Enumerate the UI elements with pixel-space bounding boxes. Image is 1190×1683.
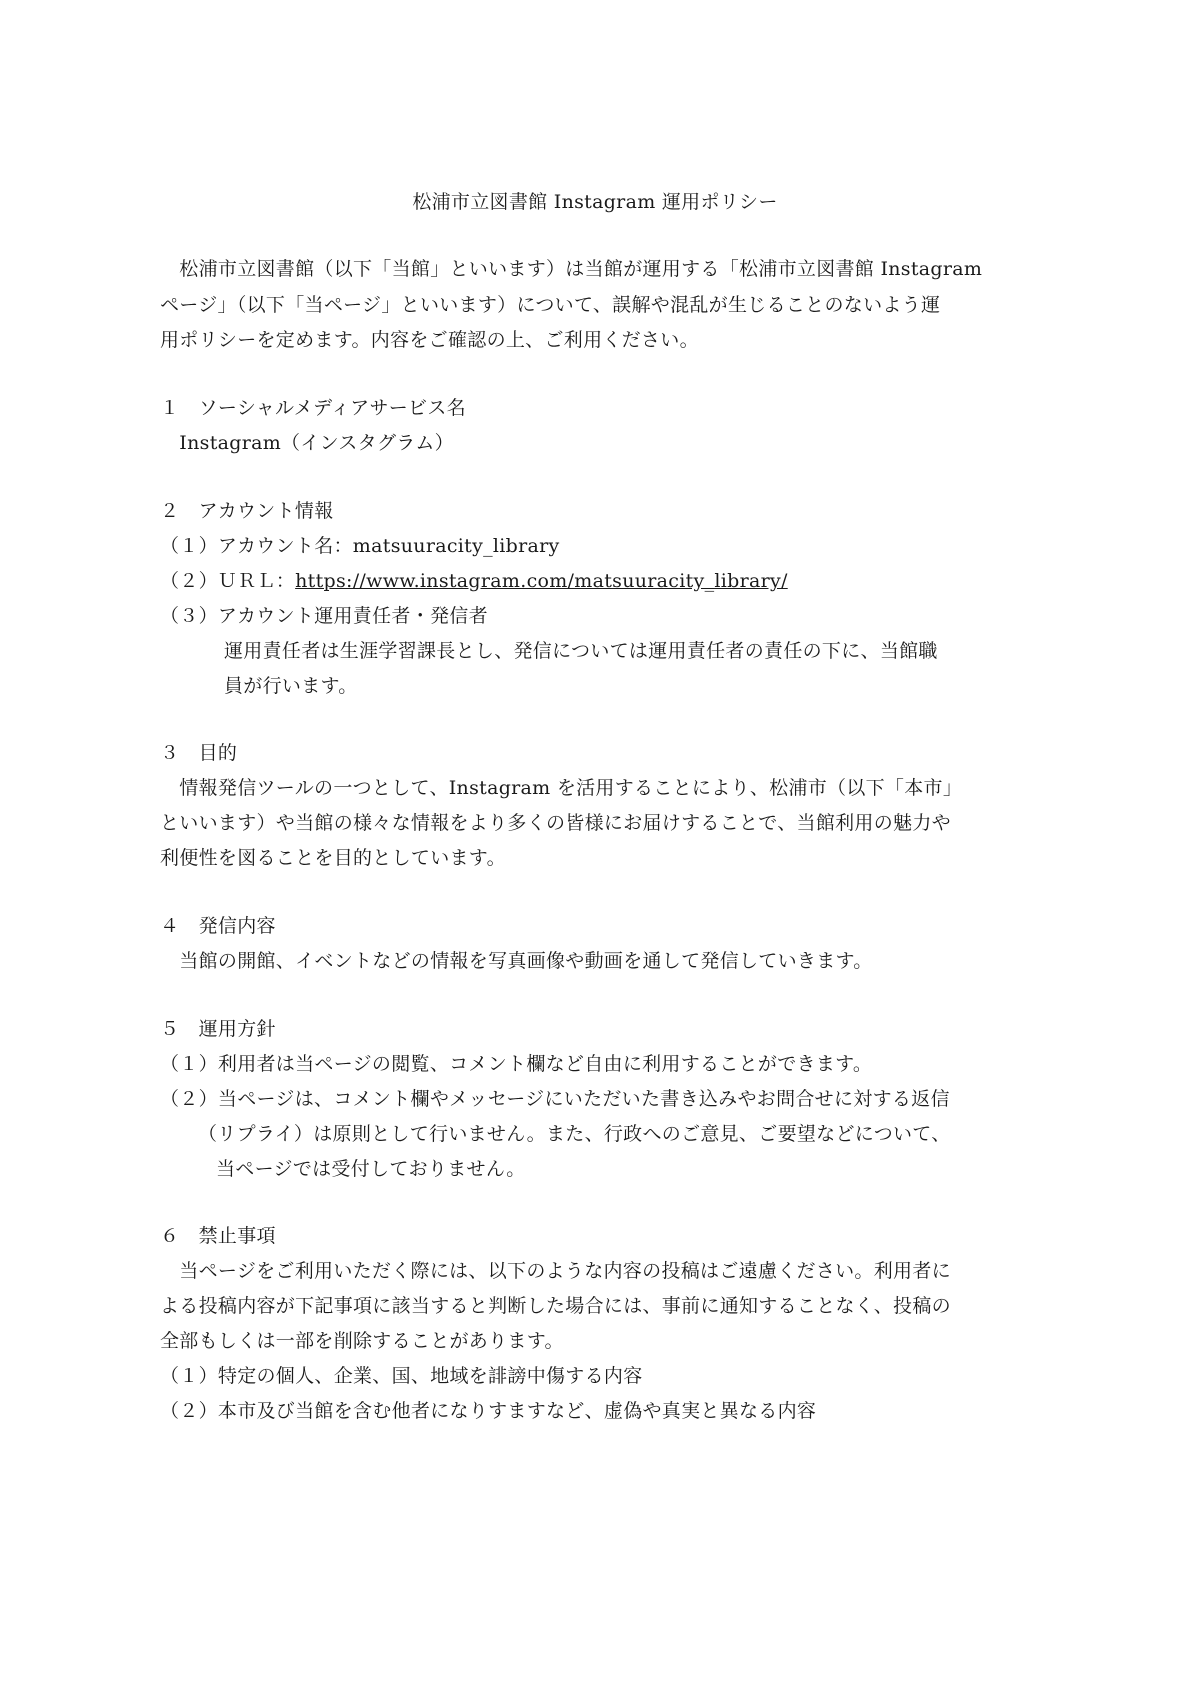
section-body-line: （２）当ページは、コメント欄やメッセージにいただいた書き込みやお問合せに対する返…: [160, 1087, 950, 1111]
account-name-line: （１）アカウント名：matsuuracity_library: [160, 534, 560, 558]
section-body-line: （２）本市及び当館を含む他者になりすますなど、虚偽や真実と異なる内容: [160, 1399, 816, 1423]
intro-line: 松浦市立図書館（以下「当館」といいます）は当館が運用する「松浦市立図書館 Ins…: [160, 257, 982, 281]
responsible-body-line: 運用責任者は生涯学習課長とし、発信については運用責任者の責任の下に、当館職: [224, 639, 938, 663]
section-body-line: 全部もしくは一部を削除することがあります。: [160, 1329, 564, 1353]
url-line: （２）ＵＲＬ：https://www.instagram.com/matsuur…: [160, 569, 788, 593]
section-body-line: 情報発信ツールの一つとして、Instagram を活用することにより、松浦市（以…: [160, 776, 962, 800]
section-body-line: Instagram（インスタグラム）: [160, 431, 454, 455]
section-heading: ５ 運用方針: [160, 1017, 276, 1041]
section-body-line: 当ページでは受付しておりません。: [216, 1157, 526, 1181]
url-label: （２）ＵＲＬ：: [160, 570, 295, 592]
section-body-line: よる投稿内容が下記事項に該当すると判断した場合には、事前に通知することなく、投稿…: [160, 1294, 951, 1318]
section-heading: ４ 発信内容: [160, 914, 276, 938]
section-heading: １ ソーシャルメディアサービス名: [160, 396, 466, 420]
section-body-line: といいます）や当館の様々な情報をより多くの皆様にお届けすることで、当館利用の魅力…: [160, 811, 951, 835]
section-heading: ６ 禁止事項: [160, 1224, 276, 1248]
intro-line: 用ポリシーを定めます。内容をご確認の上、ご利用ください。: [160, 328, 699, 352]
section-heading: ３ 目的: [160, 741, 237, 765]
intro-line: ページ」（以下「当ページ」といいます）について、誤解や混乱が生じることのないよう…: [160, 293, 940, 317]
section-body-line: 当館の開館、イベントなどの情報を写真画像や動画を通して発信していきます。: [160, 949, 873, 973]
section-heading: ２ アカウント情報: [160, 499, 334, 523]
section-body-line: （１）特定の個人、企業、国、地域を誹謗中傷する内容: [160, 1364, 643, 1388]
section-body-line: 当ページをご利用いただく際には、以下のような内容の投稿はご遠慮ください。利用者に: [160, 1259, 951, 1283]
instagram-url-link[interactable]: https://www.instagram.com/matsuuracity_l…: [295, 570, 788, 592]
section-body-line: （リプライ）は原則として行いません。また、行政へのご意見、ご要望などについて、: [198, 1122, 951, 1146]
responsible-body-line: 員が行います。: [224, 674, 358, 698]
section-body-line: 利便性を図ることを目的としています。: [160, 846, 506, 870]
responsible-line: （３）アカウント運用責任者・発信者: [160, 604, 488, 628]
document-title: 松浦市立図書館 Instagram 運用ポリシー: [0, 190, 1190, 214]
section-body-line: （１）利用者は当ページの閲覧、コメント欄など自由に利用することができます。: [160, 1052, 872, 1076]
